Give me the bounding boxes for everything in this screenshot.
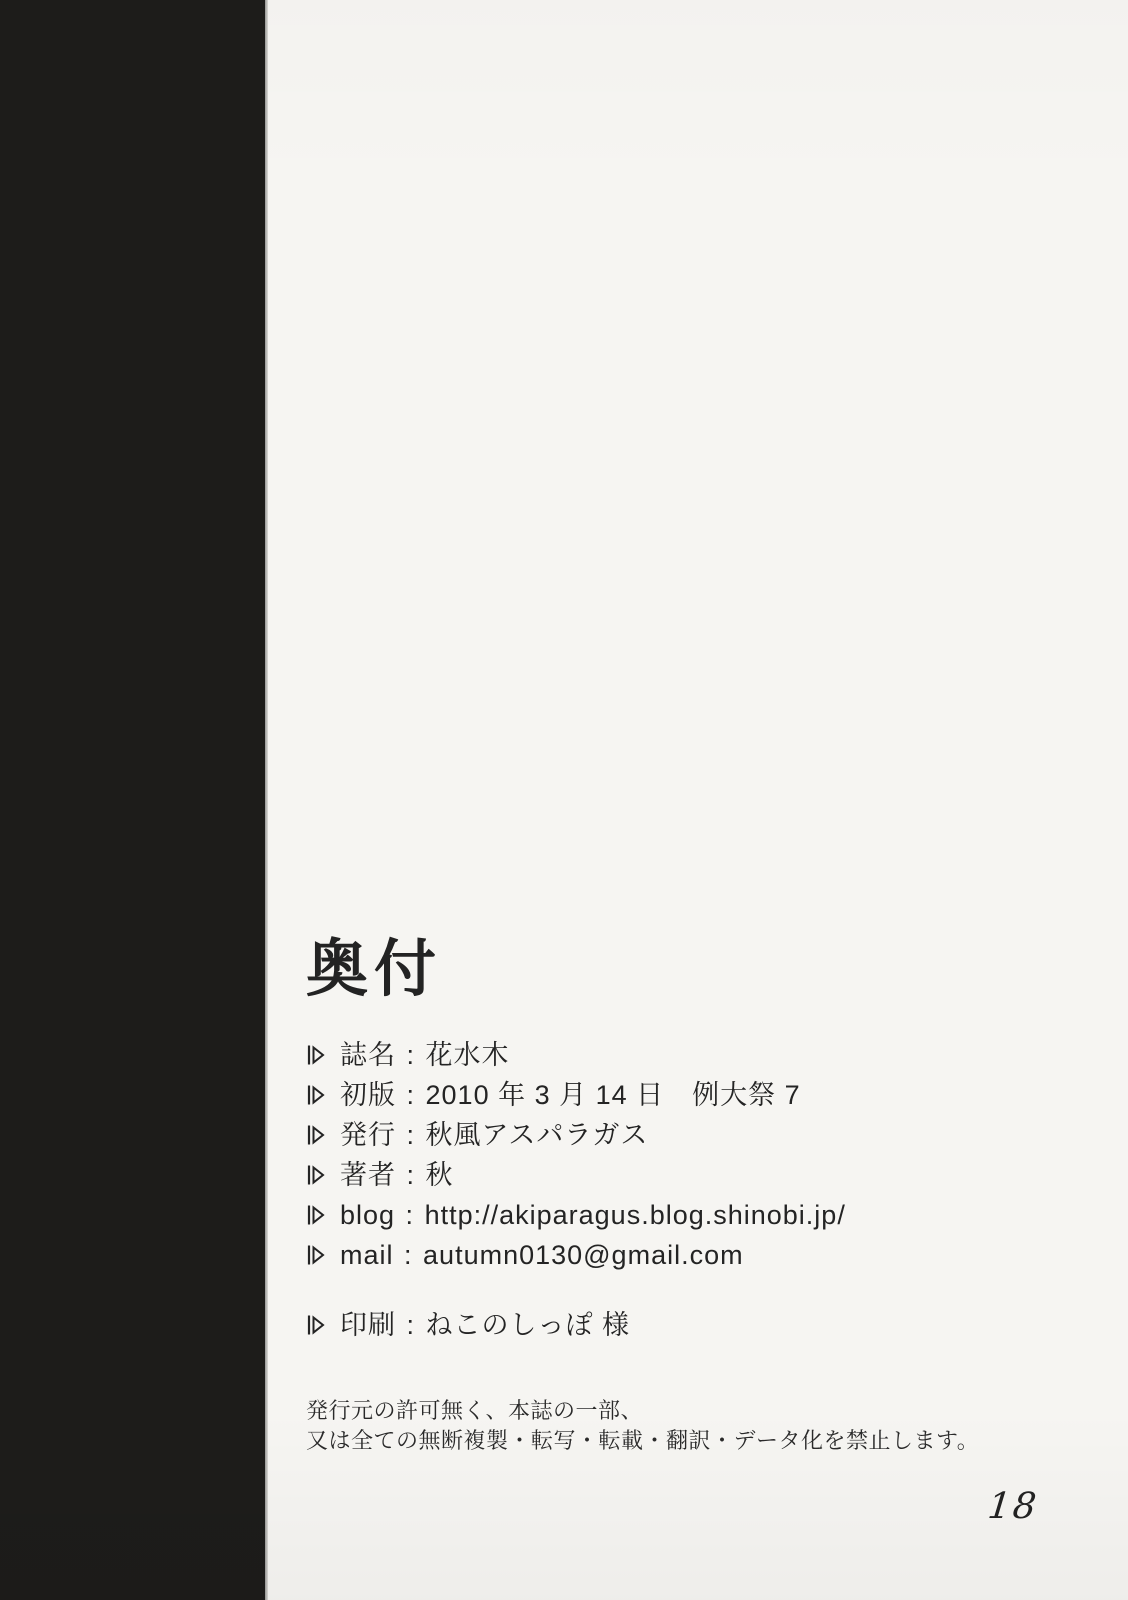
disclaimer-line-1: 発行元の許可無く、本誌の一部、 xyxy=(306,1396,1026,1426)
colophon-row-title: 誌名 : 花水木 xyxy=(306,1038,1086,1072)
colophon-value: 花水木 xyxy=(426,1038,510,1072)
colophon-separator: : xyxy=(398,1078,424,1112)
colophon-label: blog xyxy=(340,1198,395,1232)
colophon-row-first-edition: 初版 : 2010 年 3 月 14 日 例大祭 7 xyxy=(306,1078,1086,1112)
colophon-separator: : xyxy=(398,1118,424,1152)
page-number: 18 xyxy=(986,1486,1040,1527)
colophon-content: 奥付 誌名 : 花水木 初版 : 2010 年 3 月 14 日 例大祭 7 発… xyxy=(306,936,1086,1348)
colophon-separator: : xyxy=(397,1198,423,1232)
colophon-separator: : xyxy=(398,1038,424,1072)
colophon-value: ねこのしっぽ 様 xyxy=(426,1308,631,1342)
colophon-row-author: 著者 : 秋 xyxy=(306,1158,1086,1192)
triangle-right-icon xyxy=(306,1314,326,1336)
colophon-label: 誌名 xyxy=(340,1038,396,1072)
copyright-disclaimer: 発行元の許可無く、本誌の一部、 又は全ての無断複製・転写・転載・翻訳・データ化を… xyxy=(306,1396,1026,1456)
colophon-row-blog: blog : http://akiparagus.blog.shinobi.jp… xyxy=(306,1198,1086,1232)
scanned-colophon-page: 奥付 誌名 : 花水木 初版 : 2010 年 3 月 14 日 例大祭 7 発… xyxy=(0,0,1128,1600)
page-title: 奥付 xyxy=(306,936,1086,1004)
colophon-separator: : xyxy=(396,1238,422,1272)
disclaimer-line-2: 又は全ての無断複製・転写・転載・翻訳・データ化を禁止します。 xyxy=(306,1426,1026,1456)
triangle-right-icon xyxy=(306,1124,326,1146)
colophon-label: 発行 xyxy=(340,1118,396,1152)
colophon-value: 秋風アスパラガス xyxy=(426,1118,649,1152)
triangle-right-icon xyxy=(306,1044,326,1066)
colophon-label: 著者 xyxy=(340,1158,396,1192)
triangle-right-icon xyxy=(306,1204,326,1226)
book-spine-black-band xyxy=(0,0,265,1600)
colophon-list: 誌名 : 花水木 初版 : 2010 年 3 月 14 日 例大祭 7 発行 :… xyxy=(306,1038,1086,1342)
colophon-separator: : xyxy=(398,1158,424,1192)
colophon-value-mail-address: autumn0130@gmail.com xyxy=(423,1238,744,1272)
colophon-row-printer: 印刷 : ねこのしっぽ 様 xyxy=(306,1308,1086,1342)
triangle-right-icon xyxy=(306,1084,326,1106)
colophon-label: mail xyxy=(340,1238,394,1272)
colophon-separator: : xyxy=(398,1308,424,1342)
triangle-right-icon xyxy=(306,1164,326,1186)
colophon-value: 2010 年 3 月 14 日 例大祭 7 xyxy=(426,1078,801,1112)
colophon-value-blog-url: http://akiparagus.blog.shinobi.jp/ xyxy=(425,1198,846,1232)
colophon-label: 印刷 xyxy=(340,1308,396,1342)
colophon-value: 秋 xyxy=(426,1158,454,1192)
colophon-label: 初版 xyxy=(340,1078,396,1112)
colophon-row-mail: mail : autumn0130@gmail.com xyxy=(306,1238,1086,1272)
triangle-right-icon xyxy=(306,1244,326,1266)
colophon-row-publisher: 発行 : 秋風アスパラガス xyxy=(306,1118,1086,1152)
